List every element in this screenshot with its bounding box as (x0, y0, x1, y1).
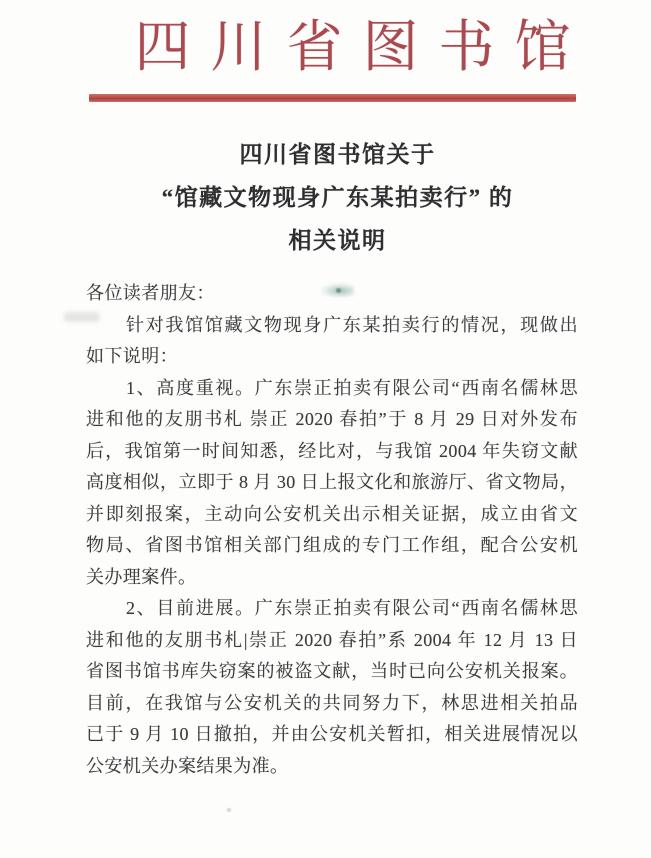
document-title: 四川省图书馆关于 “馆藏文物现身广东某拍卖行” 的 相关说明 (12, 133, 651, 262)
body-text-line: 进和他的友朋书札|崇正 2020 春拍”系 2004 年 12 月 13 日 (86, 625, 578, 657)
body-text-line: 各位读者朋友： (86, 278, 578, 310)
body-text-line: 如下说明： (86, 341, 578, 373)
title-line-3: 相关说明 (12, 219, 651, 262)
body-text-line: 2、目前进展。广东崇正拍卖有限公司“西南名儒林思 (86, 593, 578, 625)
document-page: 四川省图书馆 四川省图书馆关于 “馆藏文物现身广东某拍卖行” 的 相关说明 各位… (0, 0, 651, 858)
body-text-line: 物局、省图书馆相关部门组成的专门工作组，配合公安机 (86, 530, 578, 562)
scan-speck (227, 808, 231, 812)
title-line-2: “馆藏文物现身广东某拍卖行” 的 (12, 176, 651, 219)
body-text-line: 针对我馆馆藏文物现身广东某拍卖行的情况，现做出 (86, 310, 578, 342)
body-text-line: 省图书馆书库失窃案的被盗文献，当时已向公安机关报案。 (86, 656, 578, 688)
title-line-1: 四川省图书馆关于 (12, 133, 651, 176)
letterhead-divider (89, 94, 576, 102)
body-text-line: 后，我馆第一时间知悉，经比对，与我馆 2004 年失窃文献 (86, 436, 578, 468)
body-text-line: 并即刻报案，主动向公安机关出示相关证据，成立由省文 (86, 499, 578, 531)
letterhead-org-name: 四川省图书馆 (37, 19, 651, 78)
body-text-line: 关办理案件。 (86, 562, 578, 594)
body-text-line: 已于 9 月 10 日撤拍，并由公安机关暂扣，相关进展情况以 (86, 719, 578, 751)
body-text-line: 高度相似，立即于 8 月 30 日上报文化和旅游厅、省文物局， (86, 467, 578, 499)
body-text-line: 目前，在我馆与公安机关的共同努力下，林思进相关拍品 (86, 688, 578, 720)
body-text-line: 进和他的友朋书札 崇正 2020 春拍”于 8 月 29 日对外发布 (86, 404, 578, 436)
body-text-line: 1、高度重视。广东崇正拍卖有限公司“西南名儒林思 (86, 373, 578, 405)
document-body: 各位读者朋友：针对我馆馆藏文物现身广东某拍卖行的情况，现做出如下说明：1、高度重… (86, 278, 578, 782)
body-text-line: 公安机关办案结果为准。 (86, 751, 578, 783)
